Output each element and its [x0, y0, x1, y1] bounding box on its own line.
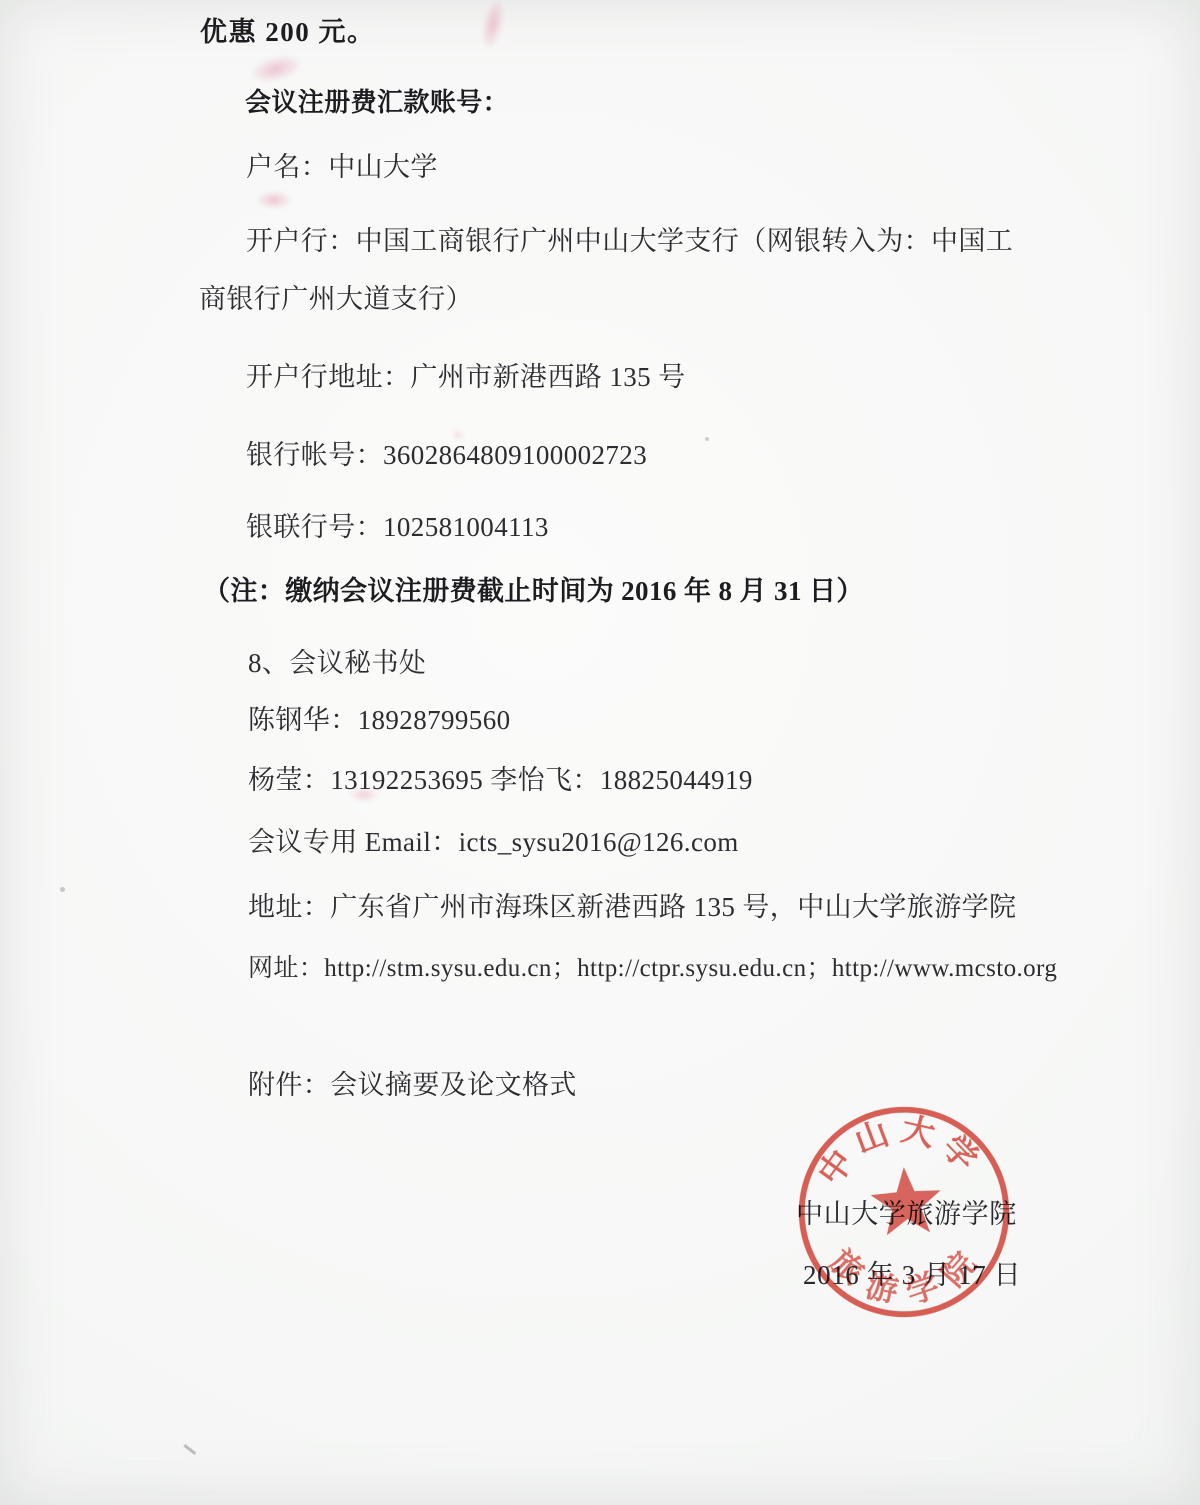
seal-arc-top-label: 中山大学 — [808, 1105, 991, 1194]
scan-speck — [705, 437, 709, 441]
official-seal: 中山大学 旅游学院 — [784, 1090, 1023, 1333]
line-conference-email: 会议专用 Email：icts_sysu2016@126.com — [248, 826, 739, 860]
scanned-letter-page: 优惠 200 元。 会议注册费汇款账号： 户名：中山大学 开户行：中国工商银行广… — [0, 0, 1200, 1505]
scan-smudge — [479, 0, 507, 49]
line-secretariat-heading: 8、会议秘书处 — [248, 647, 426, 681]
seal-arc-bottom-label: 旅游学院 — [821, 1233, 995, 1318]
line-attachment: 附件：会议摘要及论文格式 — [248, 1069, 577, 1103]
line-deadline-note: （注：缴纳会议注册费截止时间为 2016 年 8 月 31 日） — [203, 575, 864, 609]
line-unionpay-number: 银联行号：102581004113 — [246, 511, 549, 545]
line-contact-chen: 陈钢华：18928799560 — [248, 704, 511, 738]
seal-star-icon — [869, 1165, 944, 1237]
scan-speck — [184, 1444, 197, 1455]
scan-smudge — [258, 192, 290, 208]
line-bank-branch-2: 商银行广州大道支行） — [199, 283, 473, 317]
line-websites: 网址：http://stm.sysu.edu.cn；http://ctpr.sy… — [248, 953, 1057, 984]
line-postal-address: 地址：广东省广州市海珠区新港西路 135 号，中山大学旅游学院 — [248, 891, 1016, 925]
line-discount-note: 优惠 200 元。 — [200, 16, 376, 50]
line-bank-account-number: 银行帐号：3602864809100002723 — [246, 439, 647, 473]
line-account-name: 户名：中山大学 — [246, 151, 438, 185]
scan-smudge — [250, 53, 302, 86]
line-bank-branch-1: 开户行：中国工商银行广州中山大学支行（网银转入为：中国工 — [246, 225, 1013, 259]
line-remittance-account-heading: 会议注册费汇款账号： — [245, 87, 509, 120]
line-bank-address: 开户行地址：广州市新港西路 135 号 — [246, 361, 686, 395]
scan-speck — [60, 887, 65, 892]
line-contact-yang-li: 杨莹：13192253695 李怡飞：18825044919 — [248, 764, 753, 798]
